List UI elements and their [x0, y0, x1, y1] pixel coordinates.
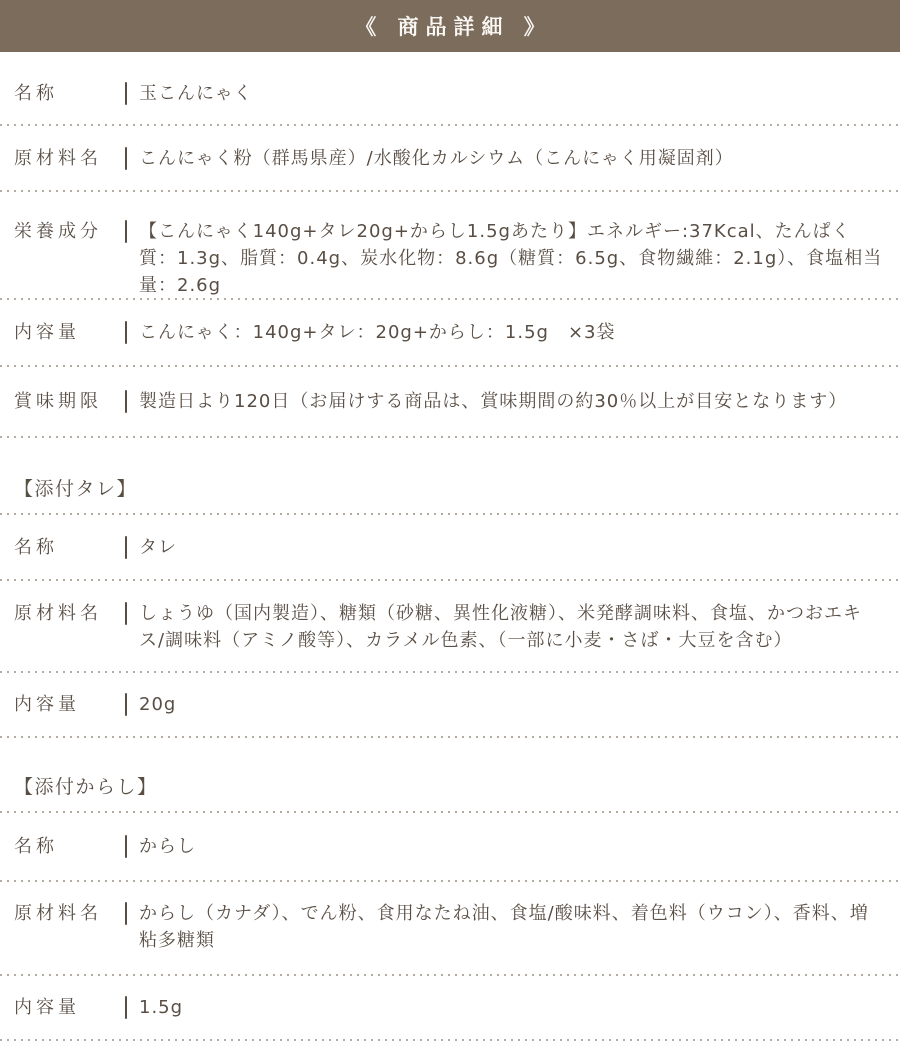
- spec-row-ingredients: 原材料名 こんにゃく粉（群馬県産）/水酸化カルシウム（こんにゃく用凝固剤）: [0, 126, 900, 190]
- spec-value: からし: [139, 833, 886, 860]
- spec-row-net-content: 内容量 こんにゃく：140g+タレ：20g+からし：1.5g ×3袋: [0, 300, 900, 365]
- spec-row-sauce-name: 名称 タレ: [0, 515, 900, 579]
- spec-row-name: 名称 玉こんにゃく: [0, 52, 900, 124]
- spec-label: 名称: [14, 534, 125, 561]
- section-title-text: 【添付からし】: [14, 772, 158, 799]
- spec-row-sauce-net-content: 内容量 20g: [0, 673, 900, 736]
- spec-row-best-before: 賞味期限 製造日より120日（お届けする商品は、賞味期間の約30％以上が目安とな…: [0, 367, 900, 436]
- section-title-sauce: 【添付タレ】: [0, 438, 900, 513]
- page-title: 《 商品詳細 》: [348, 11, 552, 41]
- spec-label: 内容量: [14, 319, 125, 346]
- spec-label: 栄養成分: [14, 218, 125, 245]
- spec-label: 原材料名: [14, 600, 125, 627]
- label-separator-bar: [125, 536, 127, 559]
- spec-row-mustard-ingredients: 原材料名 からし（カナダ）、でん粉、食用なたね油、食塩/酸味料、着色料（ウコン）…: [0, 882, 900, 974]
- spec-value: こんにゃく粉（群馬県産）/水酸化カルシウム（こんにゃく用凝固剤）: [139, 145, 886, 172]
- spec-label: 名称: [14, 80, 125, 107]
- label-separator-bar: [125, 996, 127, 1019]
- label-separator-bar: [125, 835, 127, 858]
- label-separator-bar: [125, 82, 127, 105]
- spec-value: 20g: [139, 691, 886, 718]
- spec-value: タレ: [139, 534, 886, 561]
- label-separator-bar: [125, 390, 127, 413]
- spec-label: 内容量: [14, 691, 125, 718]
- spec-value: からし（カナダ）、でん粉、食用なたね油、食塩/酸味料、着色料（ウコン）、香料、増…: [139, 900, 886, 954]
- spec-row-nutrition: 栄養成分 【こんにゃく140g+タレ20g+からし1.5gあたり】エネルギー:3…: [0, 192, 900, 298]
- label-separator-bar: [125, 220, 127, 243]
- spec-row-mustard-net-content: 内容量 1.5g: [0, 976, 900, 1039]
- spec-value: 玉こんにゃく: [139, 80, 886, 107]
- spec-label: 名称: [14, 833, 125, 860]
- spec-label: 原材料名: [14, 900, 125, 927]
- label-separator-bar: [125, 147, 127, 170]
- label-separator-bar: [125, 321, 127, 344]
- spec-row-mustard-name: 名称 からし: [0, 813, 900, 880]
- dotted-divider: [0, 1039, 900, 1041]
- spec-value: こんにゃく：140g+タレ：20g+からし：1.5g ×3袋: [139, 319, 886, 346]
- section-title-mustard: 【添付からし】: [0, 738, 900, 811]
- spec-label: 内容量: [14, 994, 125, 1021]
- section-title-text: 【添付タレ】: [14, 474, 137, 501]
- spec-value: しょうゆ（国内製造）、糖類（砂糖、異性化液糖）、米発酵調味料、食塩、かつおエキス…: [139, 600, 886, 654]
- spec-value: 【こんにゃく140g+タレ20g+からし1.5gあたり】エネルギー:37Kcal…: [139, 218, 886, 299]
- label-separator-bar: [125, 902, 127, 925]
- spec-label: 原材料名: [14, 145, 125, 172]
- spec-value: 製造日より120日（お届けする商品は、賞味期間の約30％以上が目安となります）: [139, 388, 886, 415]
- spec-label: 賞味期限: [14, 388, 125, 415]
- spec-row-sauce-ingredients: 原材料名 しょうゆ（国内製造）、糖類（砂糖、異性化液糖）、米発酵調味料、食塩、か…: [0, 581, 900, 671]
- label-separator-bar: [125, 602, 127, 625]
- label-separator-bar: [125, 693, 127, 716]
- spec-value: 1.5g: [139, 994, 886, 1021]
- page-header: 《 商品詳細 》: [0, 0, 900, 52]
